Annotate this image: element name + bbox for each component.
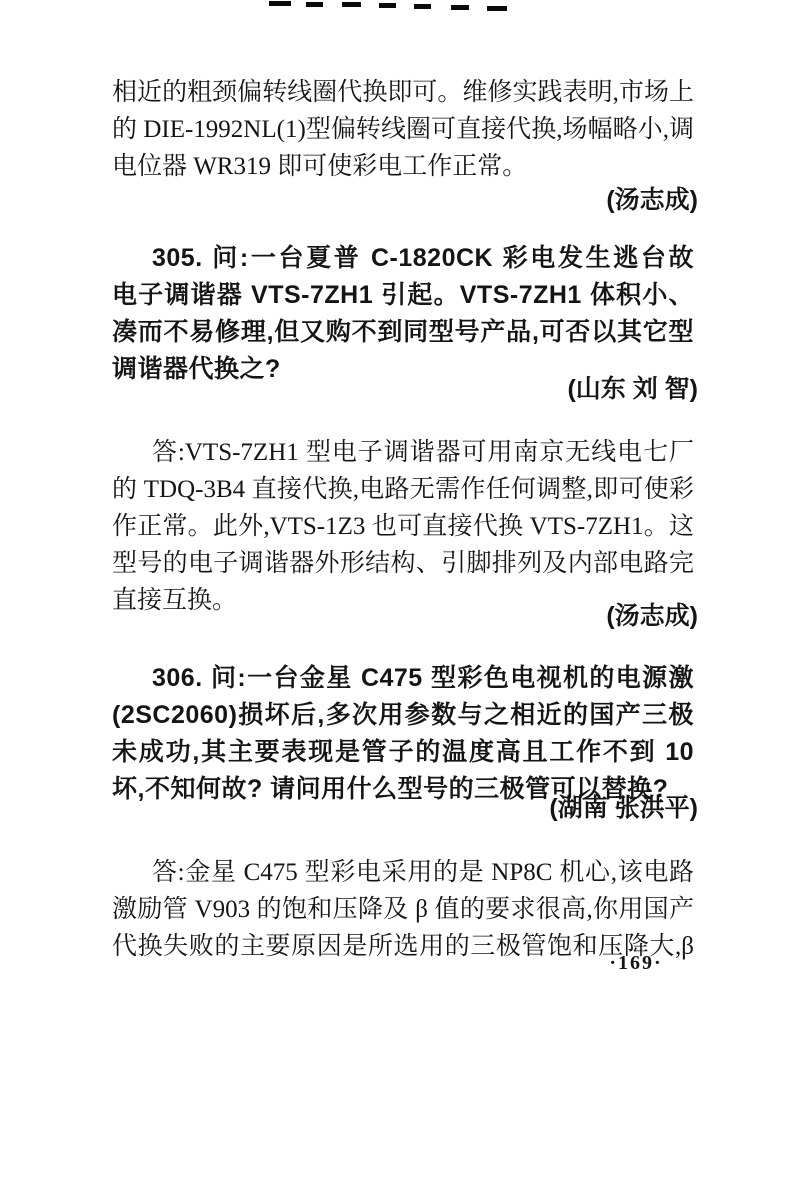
scan-dash-mark <box>451 5 469 10</box>
text-line: 作正常。此外,VTS-1Z3 也可直接代换 VTS-7ZH1。这 3 种 <box>112 508 694 545</box>
scan-dash-mark <box>414 4 431 9</box>
text-line: 答:金星 C475 型彩电采用的是 NP8C 机心,该电路对电源 <box>112 854 694 891</box>
scanned-book-page: 相近的粗颈偏转线圈代换即可。维修实践表明,市场上很好买到 的 DIE-1992N… <box>0 0 802 1200</box>
question-306-paragraph: 306. 问:一台金星 C475 型彩色电视机的电源激励管 V903 (2SC2… <box>112 660 694 808</box>
scan-dash-mark <box>342 2 361 7</box>
attribution-author: (汤志成) <box>606 184 698 216</box>
scan-dash-mark <box>306 2 323 7</box>
text-line: 的 DIE-1992NL(1)型偏转线圈可直接代换,场幅略小,调场幅 <box>112 111 694 148</box>
text-line: 电位器 WR319 即可使彩电工作正常。 <box>112 148 694 185</box>
text-line: 凑而不易修理,但又购不到同型号产品,可否以其它型号的电子 <box>112 314 694 351</box>
answer-306-paragraph: 答:金星 C475 型彩电采用的是 NP8C 机心,该电路对电源 激励管 V90… <box>112 854 694 965</box>
text-line: 答:VTS-7ZH1 型电子调谐器可用南京无线电七厂生产 <box>112 434 694 471</box>
answer-305-paragraph: 答:VTS-7ZH1 型电子调谐器可用南京无线电七厂生产 的 TDQ-3B4 直… <box>112 434 694 619</box>
attribution-author: (汤志成) <box>606 600 698 632</box>
scan-dash-mark <box>379 3 396 8</box>
text-line: 未成功,其主要表现是管子的温度高且工作不到 10 分钟便又损 <box>112 734 694 771</box>
text-line: 激励管 V903 的饱和压降及 β 值的要求很高,你用国产三极管 <box>112 891 694 928</box>
text-line: 的 TDQ-3B4 直接代换,电路无需作任何调整,即可使彩电工 <box>112 471 694 508</box>
text-line: 306. 问:一台金星 C475 型彩色电视机的电源激励管 V903 <box>112 660 694 697</box>
text-line: (2SC2060)损坏后,多次用参数与之相近的国产三极管代换均 <box>112 697 694 734</box>
scan-dash-mark <box>487 6 507 11</box>
text-line: 相近的粗颈偏转线圈代换即可。维修实践表明,市场上很好买到 <box>112 74 694 111</box>
text-line: 型号的电子调谐器外形结构、引脚排列及内部电路完全相同,可 <box>112 545 694 582</box>
question-305-paragraph: 305. 问:一台夏普 C-1820CK 彩电发生逃台故障,确认是 电子调谐器 … <box>112 240 694 388</box>
scan-dash-mark <box>269 1 291 6</box>
page-number: ·169· <box>596 950 676 976</box>
text-line: 305. 问:一台夏普 C-1820CK 彩电发生逃台故障,确认是 <box>112 240 694 277</box>
answer-continuation-paragraph: 相近的粗颈偏转线圈代换即可。维修实践表明,市场上很好买到 的 DIE-1992N… <box>112 74 694 185</box>
attribution-author: (山东 刘 智) <box>567 373 698 405</box>
attribution-author: (湖南 张洪平) <box>549 792 698 824</box>
text-line: 电子调谐器 VTS-7ZH1 引起。VTS-7ZH1 体积小、结构很紧 <box>112 277 694 314</box>
